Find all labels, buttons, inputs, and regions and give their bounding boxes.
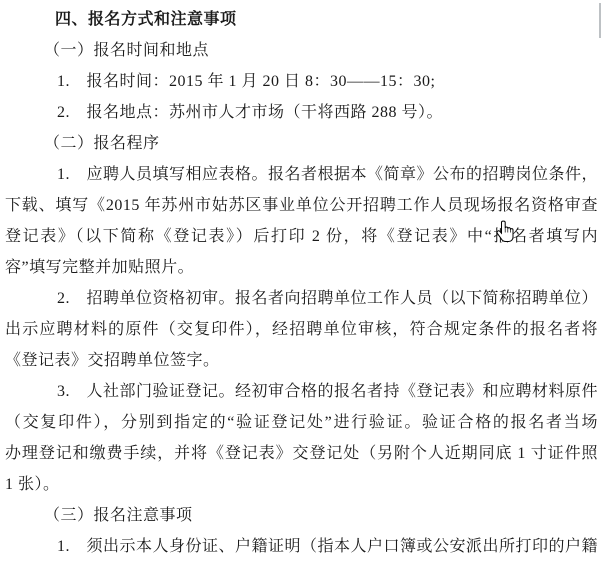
text-line: 1. 应聘人员填写相应表格。报名者根据本《简章》公布的招聘岗位条件， [0,159,602,190]
text-line: 《登记表》交招聘单位签字。 [0,345,602,376]
text-line: 出示应聘材料的原件（交复印件），经招聘单位审核，符合规定条件的报名者将 [0,314,602,345]
text-line: 3. 人社部门验证登记。经初审合格的报名者持《登记表》和应聘材料原件 [0,376,602,407]
scrollbar-fragment[interactable] [599,3,601,38]
section-heading: 四、报名方式和注意事项 [0,4,602,35]
text-line: 登记表》（以下简称《登记表》）后打印 2 份，将《登记表》中“报名者填写内 [0,221,602,252]
text-line: 下载、填写《2015 年苏州市姑苏区事业单位公开招聘工作人员现场报名资格审查 [0,190,602,221]
document-page: 四、报名方式和注意事项（一）报名时间和地点1. 报名时间：2015 年 1 月 … [0,0,602,565]
subsection-heading: （三）报名注意事项 [0,500,602,531]
text-line: 2. 报名地点：苏州市人才市场（干将西路 288 号）。 [0,97,602,128]
text-line: 办理登记和缴费手续，并将《登记表》交登记处（另附个人近期同底 1 寸证件照 [0,438,602,469]
text-line: （交复印件），分别到指定的“验证登记处”进行验证。验证合格的报名者当场 [0,407,602,438]
text-line: 容”填写完整并加贴照片。 [0,252,602,283]
text-line: 1. 报名时间：2015 年 1 月 20 日 8：30——15：30; [0,66,602,97]
text-line: 1. 须出示本人身份证、户籍证明（指本人户口簿或公安派出所打印的户籍 [0,531,602,562]
subsection-heading: （一）报名时间和地点 [0,35,602,66]
subsection-heading: （二）报名程序 [0,128,602,159]
text-line: 2. 招聘单位资格初审。报名者向招聘单位工作人员（以下简称招聘单位） [0,283,602,314]
text-line: 1 张）。 [0,469,602,500]
